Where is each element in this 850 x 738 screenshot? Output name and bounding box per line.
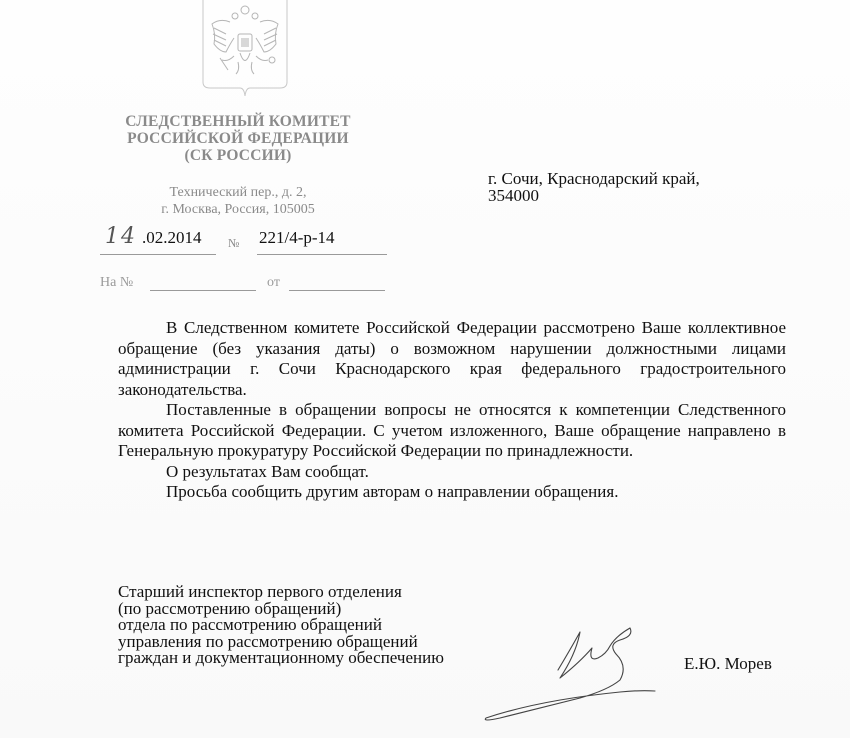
letter-body: В Следственном комитете Российской Федер…	[118, 318, 786, 503]
address-line: г. Москва, Россия, 105005	[112, 201, 364, 218]
handwritten-signature-icon	[480, 610, 680, 725]
addressee-line: 354000	[488, 187, 700, 204]
title-line: граждан и документационному обеспечению	[118, 650, 444, 667]
reply-from-label: от	[267, 275, 280, 291]
handwritten-day: 14	[105, 224, 137, 249]
body-paragraph: Поставленные в обращении вопросы не отно…	[118, 400, 786, 462]
document-number: 221/4-р-14	[259, 228, 335, 248]
printed-date: .02.2014	[142, 228, 202, 248]
signer-title: Старший инспектор первого отделения (по …	[118, 584, 444, 667]
addressee: г. Сочи, Краснодарский край, 354000	[488, 170, 700, 204]
body-paragraph: О результатах Вам сообщат.	[118, 462, 786, 483]
body-paragraph: В Следственном комитете Российской Федер…	[118, 318, 786, 400]
organization-address: Технический пер., д. 2, г. Москва, Росси…	[112, 184, 364, 218]
reply-date-blank	[289, 290, 385, 291]
reply-number-label: На №	[100, 275, 133, 291]
coat-of-arms-icon	[200, 0, 290, 100]
org-line: СЛЕДСТВЕННЫЙ КОМИТЕТ	[112, 113, 364, 130]
org-line: (СК РОССИИ)	[112, 147, 364, 164]
number-field: 221/4-р-14	[257, 224, 387, 255]
registration-row: 14 .02.2014 № 221/4-р-14	[100, 224, 390, 256]
organization-name: СЛЕДСТВЕННЫЙ КОМИТЕТ РОССИЙСКОЙ ФЕДЕРАЦИ…	[112, 113, 364, 164]
address-line: Технический пер., д. 2,	[112, 184, 364, 201]
number-sign: №	[228, 236, 239, 251]
body-paragraph: Просьба сообщить другим авторам о направ…	[118, 482, 786, 503]
letter-page: СЛЕДСТВЕННЫЙ КОМИТЕТ РОССИЙСКОЙ ФЕДЕРАЦИ…	[0, 0, 850, 738]
date-field: 14 .02.2014	[100, 224, 216, 255]
reply-number-blank	[150, 290, 256, 291]
signer-name: Е.Ю. Морев	[684, 654, 772, 674]
addressee-line: г. Сочи, Краснодарский край,	[488, 170, 700, 187]
reply-reference-row: На № от	[100, 275, 390, 295]
org-line: РОССИЙСКОЙ ФЕДЕРАЦИИ	[112, 130, 364, 147]
